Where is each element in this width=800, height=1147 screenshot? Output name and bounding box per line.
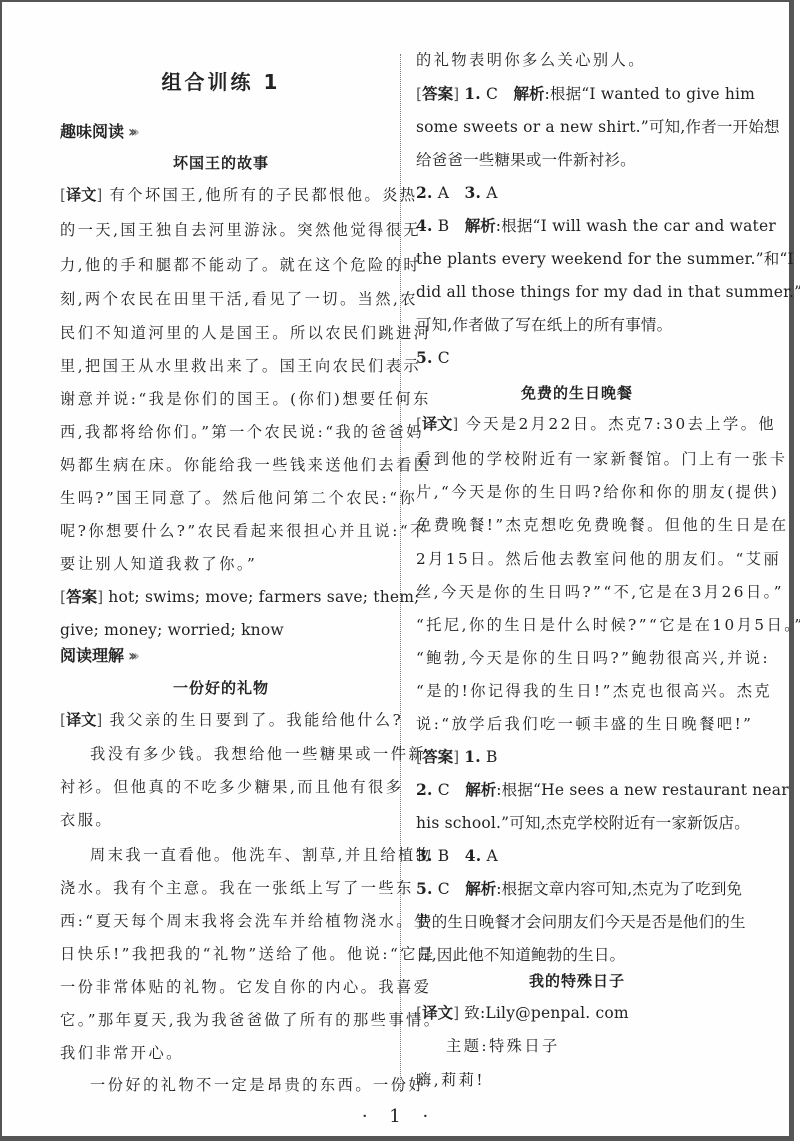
translation-tag: [译文] — [60, 711, 102, 729]
text-line: 生吗?”国王同意了。然后他问第二个农民:“你 — [60, 488, 417, 508]
text-line: 我没有多少钱。我想给他一些糖果或一件新 — [60, 744, 426, 764]
answer-line: 2. A 3. A — [416, 183, 498, 203]
story-title: 免费的生日晚餐 — [416, 382, 738, 403]
text-line: 的一天,国王独自去河里游泳。突然他觉得很无 — [60, 220, 421, 240]
text-line: 西,我都将给你们。”第一个农民说:“我的爸爸妈 — [60, 422, 424, 442]
answer-line: 5. C — [416, 348, 450, 368]
text-line: 呢?你想要什么?”农民看起来很担心并且说:“不 — [60, 521, 428, 541]
text-line: 刻,两个农民在田里干活,看见了一切。当然,农 — [60, 289, 418, 309]
text-line: [译文] 今天是2月22日。杰克7:30去上学。他 — [416, 414, 776, 434]
text-line: 力,他的手和腿都不能动了。就在这个危险的时 — [60, 255, 421, 275]
story-title: 坏国王的故事 — [60, 152, 382, 173]
text-line: [译文] 有个坏国王,他所有的子民都恨他。炎热 — [60, 185, 418, 205]
text-line: 一份好的礼物不一定是昂贵的东西。一份好 — [60, 1075, 426, 1095]
text-line: 谢意并说:“我是你们的国王。(你们)想要任何东 — [60, 389, 431, 409]
answer-tag: [答案] — [416, 85, 459, 103]
text-line: 衬衫。但他真的不吃多少糖果,而且他有很多 — [60, 777, 403, 797]
story-title: 我的特殊日子 — [416, 970, 738, 991]
text-line: 主题:特殊日子 — [416, 1036, 560, 1056]
text-line: 衣服。 — [60, 810, 113, 830]
translation-tag: [译文] — [416, 415, 458, 433]
text-line: 要让别人知道我救了你。” — [60, 554, 257, 574]
text-line: 的礼物表明你多么关心别人。 — [416, 50, 646, 70]
double-chevron-right-icon: ››› — [128, 122, 136, 141]
answer-line: 2. C 解析:根据“He sees a new restaurant near — [416, 780, 789, 800]
section-label: 趣味阅读 — [60, 122, 124, 141]
answer-line: 可知,作者做了写在纸上的所有事情。 — [416, 315, 672, 335]
answer-line: 费的生日晚餐才会问朋友们今天是否是他们的生 — [416, 912, 746, 932]
text-line: [译文] 我父亲的生日要到了。我能给他什么? — [60, 710, 403, 730]
text-line: 周末我一直看他。他洗车、割草,并且给植物 — [60, 845, 433, 865]
text-line: 丝,今天是你的生日吗?”“不,它是在3月26日。” — [416, 582, 784, 602]
text-line: [译文] 致:Lily@penpal. com — [416, 1003, 629, 1023]
text-line: 民们不知道河里的人是国王。所以农民们跳进河 — [60, 323, 431, 343]
page-frame: 组合训练 1 趣味阅读››› 坏国王的故事 [译文] 有个坏国王,他所有的子民都… — [0, 0, 794, 1141]
answer-line: [答案] 1. C 解析:根据“I wanted to give him — [416, 84, 755, 104]
column-divider — [400, 54, 401, 1092]
page-title: 组合训练 1 — [60, 66, 382, 95]
page-number: · 1 · — [2, 1106, 796, 1127]
text-line: 妈都生病在床。你能给我一些钱来送他们去看医 — [60, 455, 431, 475]
answer-line: 日,因此他不知道鲍勃的生日。 — [416, 945, 625, 965]
story-title: 一份好的礼物 — [60, 677, 382, 698]
text-line: 一份非常体贴的礼物。它发自你的内心。我喜爱 — [60, 977, 431, 997]
answer-line: the plants every weekend for the summer.… — [416, 249, 794, 269]
text-line: “鲍勃,今天是你的生日吗?”鲍勃很高兴,并说: — [416, 648, 770, 668]
text-line: 里,把国王从水里救出来了。国王向农民们表示 — [60, 356, 421, 376]
text-line: 日快乐!”我把我的“礼物”送给了他。他说:“它是 — [60, 944, 436, 964]
double-chevron-right-icon: ››› — [128, 646, 136, 665]
answer-tag: [答案] — [60, 588, 103, 606]
translation-tag: [译文] — [416, 1004, 459, 1022]
section-heading-reading-comprehension: 阅读理解››› — [60, 643, 136, 666]
answer-tag: [答案] — [416, 748, 459, 766]
text-line: “托尼,你的生日是什么时候?”“它是在10月5日。” — [416, 615, 800, 635]
section-heading-fun-reading: 趣味阅读››› — [60, 119, 136, 142]
answer-line: 给爸爸一些糖果或一件新衬衫。 — [416, 150, 636, 170]
translation-tag: [译文] — [60, 186, 102, 204]
text-line: 它。”那年夏天,我为我爸爸做了所有的那些事情。 — [60, 1010, 441, 1030]
text-line: 看到他的学校附近有一家新餐馆。门上有一张卡 — [416, 449, 787, 469]
answer-line: some sweets or a new shirt.”可知,作者一开始想 — [416, 117, 780, 137]
answer-line: 5. C 解析:根据文章内容可知,杰克为了吃到免 — [416, 879, 742, 899]
answer-line: [答案] hot; swims; move; farmers save; the… — [60, 587, 420, 607]
text-line: 2月15日。然后他去教室问他的朋友们。“艾丽 — [416, 549, 781, 569]
text-line: “是的!你记得我的生日!”杰克也很高兴。杰克 — [416, 681, 772, 701]
answer-line: [答案] 1. B — [416, 747, 498, 767]
answer-line: 4. B 解析:根据“I will wash the car and water — [416, 216, 776, 236]
text-line: 西:“夏天每个周末我将会洗车并给植物浇水。生 — [60, 911, 432, 931]
text-line: 免费晚餐!”杰克想吃免费晚餐。但他的生日是在 — [416, 515, 789, 535]
answer-line: 3. B 4. A — [416, 846, 498, 866]
text-line: 嗨,莉莉! — [416, 1070, 485, 1090]
text-line: 浇水。我有个主意。我在一张纸上写了一些东 — [60, 878, 414, 898]
text-line: 说:“放学后我们吃一顿丰盛的生日晚餐吧!” — [416, 714, 753, 734]
section-label: 阅读理解 — [60, 646, 124, 665]
answer-line: give; money; worried; know — [60, 620, 284, 640]
text-line: 片,“今天是你的生日吗?给你和你的朋友(提供) — [416, 482, 779, 502]
answer-line: did all those things for my dad in that … — [416, 282, 800, 302]
answer-line: his school.”可知,杰克学校附近有一家新饭店。 — [416, 813, 750, 833]
text-line: 我们非常开心。 — [60, 1043, 184, 1063]
